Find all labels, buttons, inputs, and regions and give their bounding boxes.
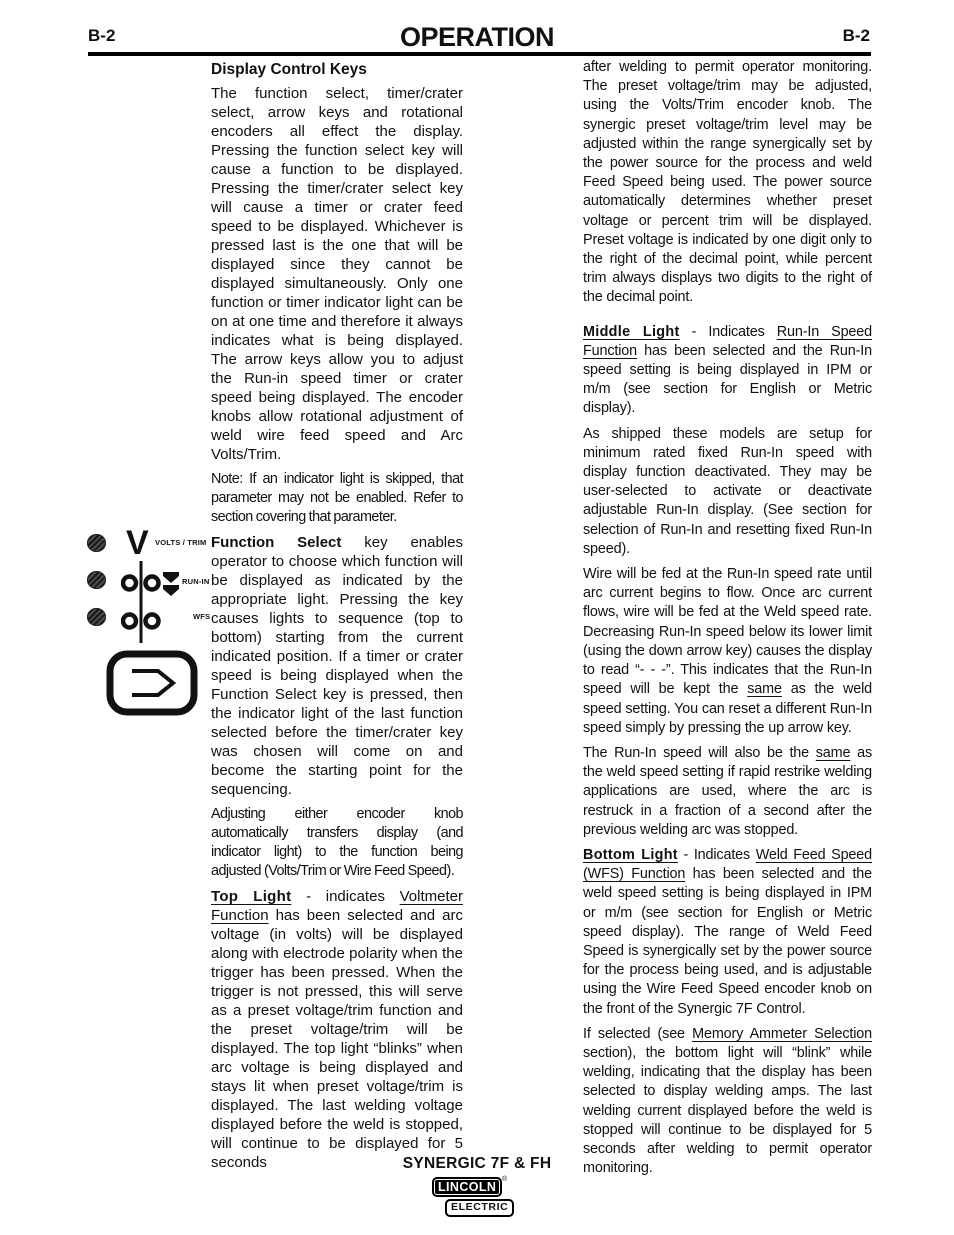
footer-logo-band: LINCOLN ® ELECTRIC [0,1177,954,1217]
same-term-2: same [816,745,851,761]
paragraph-middle-light: Middle Light - Indicates Run-In Speed Fu… [583,323,872,419]
manual-page: B-2 OPERATION B-2 Display Control Keys T… [0,0,954,1235]
function-select-key-icon [106,650,198,716]
top-light-body: has been selected and arc voltage (in vo… [211,907,463,1171]
restrike-a: The Run-In speed will also be the [583,745,816,761]
runin-led-icon [87,571,106,589]
lincoln-electric-logo: LINCOLN ® ELECTRIC [432,1177,522,1217]
memory-ammeter-a: If selected (see [583,1026,692,1042]
bottom-light-body: has been selected and the weld speed set… [583,866,872,1016]
volts-symbol: V [126,526,149,560]
wfs-led-icon [87,608,106,626]
bottom-light-mid: - Indicates [678,847,756,863]
registered-mark-icon: ® [502,1176,507,1183]
lincoln-logo-text: LINCOLN [434,1179,500,1195]
paragraph-function-select: Function Select key enables operator to … [211,533,463,799]
model-name: SYNERGIC 7F & FH [0,1155,954,1173]
memory-ammeter-term: Memory Ammeter Selection [692,1026,872,1042]
paragraph-bottom-light: Bottom Light - Indicates Weld Feed Speed… [583,846,872,1019]
right-column: after welding to permit operator monitor… [583,58,872,1184]
paragraph-preset-voltage: after welding to permit operator monitor… [583,58,872,308]
lincoln-logo-box: LINCOLN ® [432,1177,502,1197]
runin-label: RUN-IN [182,577,209,586]
top-light-mid: - indicates [291,888,399,905]
electric-logo-text: ELECTRIC [445,1199,514,1216]
middle-light-mid: - Indicates [680,324,777,340]
paragraph-adjusting: Adjusting either encoder knob automatica… [211,805,463,881]
wire-feed-a: Wire will be fed at the Run-In speed rat… [583,566,872,697]
paragraph-wire-feed: Wire will be fed at the Run-In speed rat… [583,565,872,738]
wfs-label: WFS [193,612,210,621]
section-heading: Display Control Keys [211,60,463,79]
paragraph-restrike: The Run-In speed will also be the same a… [583,744,872,840]
header-divider [88,52,871,56]
volts-trim-led-icon [87,534,106,552]
paragraph-note: Note: If an indicator light is skipped, … [211,470,463,527]
middle-light-term: Middle Light [583,324,680,340]
page-title: OPERATION [0,22,954,53]
top-light-term: Top Light [211,888,291,905]
bottom-light-term: Bottom Light [583,847,678,863]
same-term-1: same [747,681,782,697]
double-down-arrow-icon [162,568,180,597]
paragraph-top-light: Top Light - indicates Voltmeter Function… [211,887,463,1172]
function-select-body: key enables operator to choose which fun… [211,534,463,798]
display-control-keys-diagram: V VOLTS / TRIM RUN-IN WFS [85,528,220,728]
wire-rollers-icon-2 [121,598,161,644]
paragraph-as-shipped: As shipped these models are setup for mi… [583,425,872,559]
paragraph-display-keys: The function select, timer/crater select… [211,84,463,464]
function-select-term: Function Select [211,534,341,551]
page-number-right: B-2 [843,26,870,46]
volts-trim-label: VOLTS / TRIM [155,538,206,547]
left-column: Display Control Keys The function select… [211,60,463,1178]
